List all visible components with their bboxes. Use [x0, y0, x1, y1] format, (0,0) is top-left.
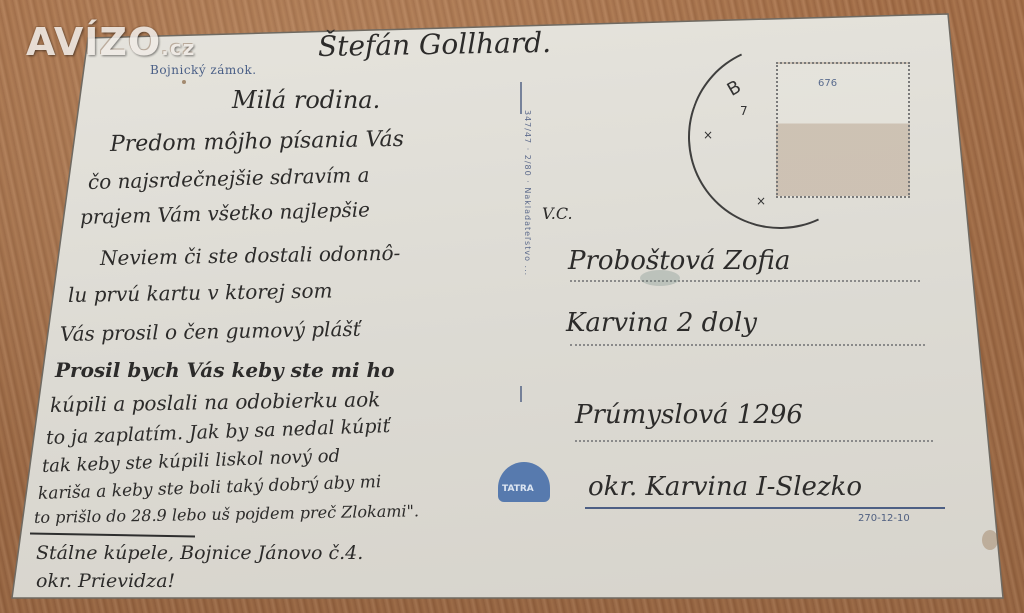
address-dotted-line: [570, 280, 920, 282]
stain-spot: [640, 270, 680, 286]
postmark-star-icon: ×: [703, 128, 713, 142]
watermark-tld: .cz: [161, 36, 195, 60]
message-line: Prosil bych Vás keby ste mi ho: [55, 358, 394, 382]
address-underline: [585, 507, 945, 509]
address-prefix: V.C.: [542, 204, 573, 223]
sender-signature: Štefán Gollhard.: [318, 26, 552, 63]
stamp-placeholder: [776, 62, 910, 198]
postmark-star-icon: ×: [756, 194, 766, 208]
address-line-district: okr. Karvina I-Slezko: [588, 472, 862, 502]
address-line-city: Karvina 2 doly: [566, 308, 757, 338]
address-line-street: Prúmyslová 1296: [575, 400, 803, 430]
address-dotted-line: [570, 344, 925, 346]
stamp-number: 676: [818, 78, 837, 89]
stain-spot: [182, 80, 186, 84]
blue-stamp-text: TATRA: [502, 484, 534, 494]
divider-print-text: 347/47 · 2/80 · Nakladateľstvo ...: [512, 110, 532, 290]
message-line: lu prvú kartu v ktorej som: [68, 278, 333, 307]
stain-spot: [982, 530, 998, 550]
printed-title: Bojnický zámok.: [150, 63, 257, 77]
address-line-name: Proboštová Zofia: [568, 246, 790, 276]
avizo-watermark: AVÍZO.cz: [26, 20, 195, 64]
print-code: 270-12-10: [858, 513, 910, 524]
address-dotted-line: [575, 440, 933, 442]
watermark-brand: AVÍZO: [26, 20, 161, 64]
greeting: Milá rodina.: [232, 86, 380, 114]
postmark-digit: 7: [740, 104, 748, 118]
message-line: Stálne kúpele, Bojnice Jánovo č.4.: [36, 542, 363, 564]
message-line: okr. Prievidza!: [36, 570, 175, 592]
message-line: Predom môjho písania Vás: [110, 127, 404, 157]
